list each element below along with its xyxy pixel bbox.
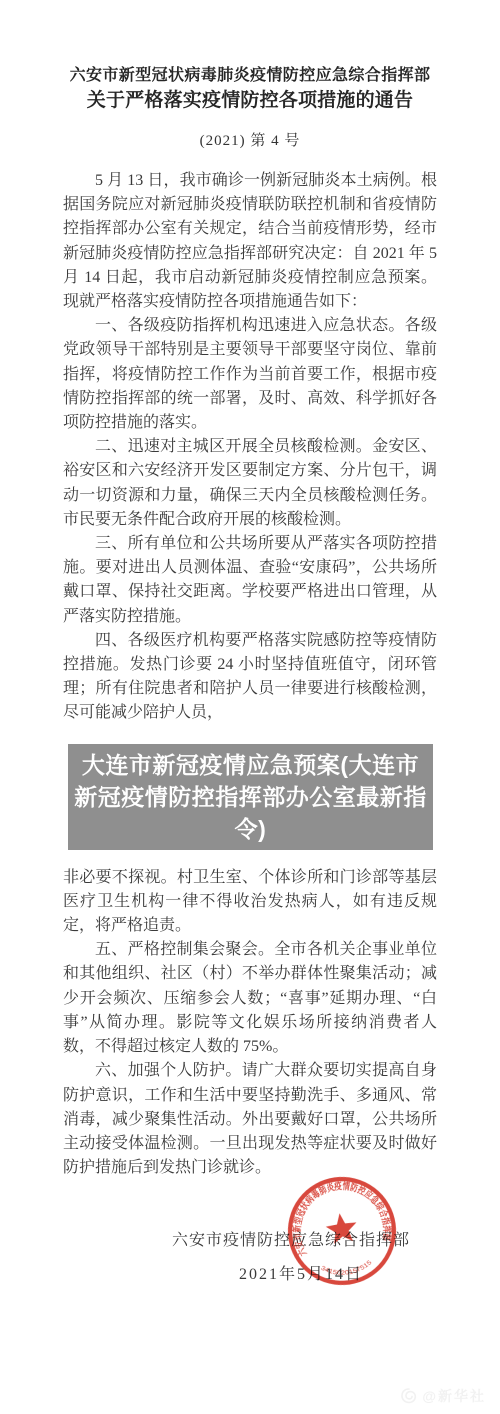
issuing-org-title: 六安市新型冠状病毒肺炎疫情防控应急综合指挥部 bbox=[63, 64, 437, 87]
paragraph-item-5: 五、严格控制集会聚会。全市各机关企事业单位和其他组织、社区（村）不举办群体性聚集… bbox=[63, 938, 437, 1059]
paragraph-item-6: 六、加强个人防护。请广大群众要切实提高自身防护意识，工作和生活中要坚持勤洗手、多… bbox=[63, 1059, 437, 1180]
paragraph-item-1: 一、各级疫防指挥机构迅速进入应急状态。各级党政领导干部特别是主要领导干部要坚守岗… bbox=[63, 314, 437, 435]
paragraph-item-4: 四、各级医疗机构要严格落实院感防控等疫情防控措施。发热门诊要 24 小时坚持值班… bbox=[63, 629, 437, 726]
paragraph-item-2: 二、迅速对主城区开展全员核酸检测。金安区、裕安区和六安经济开发区要制定方案、分片… bbox=[63, 435, 437, 532]
document-number: (2021) 第 4 号 bbox=[63, 129, 437, 150]
watermark-logo-icon bbox=[399, 1386, 419, 1406]
notice-title: 关于严格落实疫情防控各项措施的通告 bbox=[63, 88, 437, 114]
notice-body: 5 月 13 日，我市确诊一例新冠肺炎本土病例。根据国务院应对新冠肺炎疫情联防联… bbox=[63, 169, 437, 1180]
overlay-caption-banner: 大连市新冠疫情应急预案(大连市新冠疫情防控指挥部办公室最新指令) bbox=[68, 744, 433, 850]
notice-document: 六安市新型冠状病毒肺炎疫情防控应急综合指挥部 关于严格落实疫情防控各项措施的通告… bbox=[0, 0, 500, 1414]
overlay-caption-text: 大连市新冠疫情应急预案(大连市新冠疫情防控指挥部办公室最新指令) bbox=[74, 752, 427, 842]
watermark-text: @新华社 bbox=[422, 1386, 486, 1406]
paragraph-item-3: 三、所有单位和公共场所要从严落实各项防控措施。要对进出人员测体温、查验“安康码”… bbox=[63, 532, 437, 629]
source-watermark: @新华社 bbox=[399, 1386, 486, 1406]
signature-block: 六安市疫情防控应急综合指挥部 2021年5月14日 六安市新型冠状病毒肺炎疫情防… bbox=[63, 1227, 437, 1414]
official-red-seal: 六安市新型冠状病毒肺炎疫情防控应急综合指挥部 3415020157515 bbox=[279, 1168, 405, 1294]
paragraph-intro: 5 月 13 日，我市确诊一例新冠肺炎本土病例。根据国务院应对新冠肺炎疫情联防联… bbox=[63, 169, 437, 314]
seal-star-icon bbox=[324, 1212, 359, 1245]
paragraph-item-4-continued: 非必要不探视。村卫生室、个体诊所和门诊部等基层医疗卫生机构一律不得收治发热病人，… bbox=[63, 866, 437, 939]
